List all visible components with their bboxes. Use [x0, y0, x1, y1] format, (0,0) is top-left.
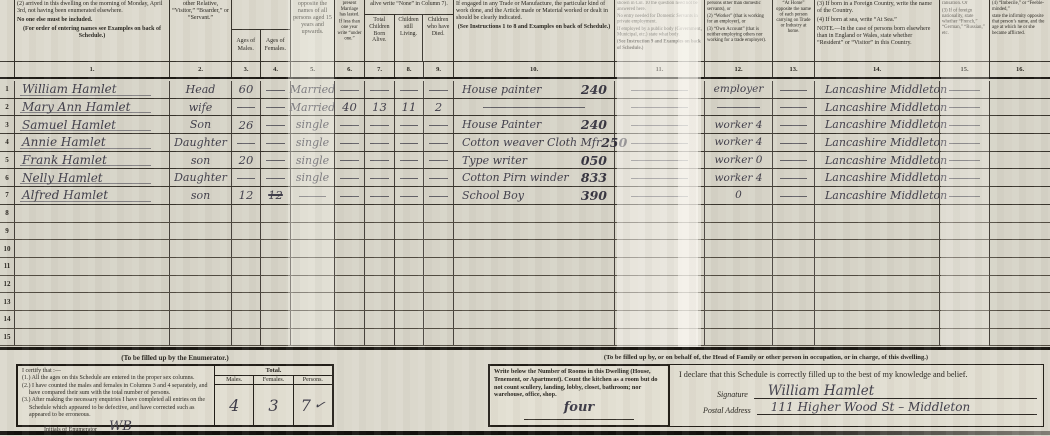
occupation-text: Cotton Pirn winder [462, 171, 569, 184]
totals-males-column: Males. 4 [215, 376, 254, 425]
cell-children-living [395, 311, 424, 328]
cell-occupation: Cotton Pirn winder 833 [454, 169, 615, 186]
cell-occupation [454, 240, 615, 257]
cell-children-died [424, 293, 454, 310]
column-header-name: (2) arrived in this dwelling on the morn… [15, 0, 170, 61]
cell-employment-status: worker 4 [705, 116, 773, 133]
column-number: 6. [335, 62, 365, 77]
cell-infirmity [990, 240, 1050, 257]
cell-years-married [335, 311, 365, 328]
cell-name: Frank Hamlet [15, 152, 170, 169]
cell-at-home [773, 223, 815, 240]
cell-age-female-struck [261, 311, 291, 328]
certify-item: (3.) After making the necessary enquirie… [29, 397, 210, 419]
cell-industry [615, 81, 705, 98]
cell-nationality [940, 205, 990, 222]
row-number: 12 [0, 276, 15, 293]
cell-relationship [170, 223, 232, 240]
column-number: 15. [940, 62, 990, 77]
cell-name [15, 240, 170, 257]
cell-age-male [232, 134, 261, 151]
cell-employment-status [705, 258, 773, 275]
cell-children-born [365, 205, 395, 222]
cell-children-born [365, 258, 395, 275]
cell-at-home [773, 81, 815, 98]
cell-children-living [395, 116, 424, 133]
cell-years-married [335, 81, 365, 98]
cell-children-born [365, 116, 395, 133]
cell-industry [615, 329, 705, 346]
table-row: 13 [0, 293, 1050, 311]
signature-row: Signature William Hamlet [717, 385, 1037, 399]
cell-relationship [170, 258, 232, 275]
column-header-ages-females: Ages of Females. [261, 30, 290, 61]
cell-occupation: School Boy 390 [454, 187, 615, 204]
females-label: Females. [254, 376, 292, 385]
cell-age-female-struck [261, 240, 291, 257]
cell-age-female-struck: 12 [261, 187, 291, 204]
cell-infirmity [990, 329, 1050, 346]
cell-children-living [395, 276, 424, 293]
rooms-count: four [524, 400, 634, 420]
cell-age-male: 60 [232, 81, 261, 98]
row-number: 6 [0, 169, 15, 186]
cell-age-female-struck [261, 205, 291, 222]
totals-header: Total. [215, 366, 332, 376]
cell-age-male [232, 293, 261, 310]
cell-marriage: Married [291, 81, 335, 98]
cell-birthplace [815, 240, 940, 257]
children-group-header: alive write “None” in Column 7). [365, 0, 453, 15]
occupation-text: House painter [462, 83, 541, 96]
cell-employment-status [705, 276, 773, 293]
cell-children-living [395, 329, 424, 346]
table-row: 8 [0, 205, 1050, 223]
column-number: 5. [291, 62, 335, 77]
signature-label: Signature [717, 390, 748, 399]
row-number: 15 [0, 329, 15, 346]
cell-birthplace [815, 293, 940, 310]
check-flourish: ✓ [313, 397, 327, 414]
cell-children-living [395, 81, 424, 98]
males-total: 4 [215, 385, 253, 425]
cell-children-born [365, 311, 395, 328]
rooms-box: Write below the Number of Rooms in this … [488, 364, 670, 427]
column-header-ages: Ages of Males. Ages of Females. [232, 0, 291, 61]
cell-name [15, 223, 170, 240]
cell-years-married [335, 276, 365, 293]
cell-age-female-struck [261, 116, 291, 133]
occupation-code: 390 [581, 188, 607, 203]
cell-birthplace: Lancashire Middleton [815, 81, 940, 98]
cell-at-home [773, 205, 815, 222]
cell-employment-status [705, 205, 773, 222]
cell-infirmity [990, 116, 1050, 133]
declaration-text: I declare that this Schedule is correctl… [679, 370, 1037, 379]
persons-total: 7 ✓ [294, 385, 332, 425]
certify-item: (2.) I have counted the males and female… [29, 383, 210, 398]
cell-age-female-struck [261, 169, 291, 186]
cell-industry [615, 311, 705, 328]
cell-years-married [335, 152, 365, 169]
column-header-employment-status: persons other than domestic servants), o… [705, 0, 773, 61]
cell-age-male [232, 169, 261, 186]
occupation-code: 833 [581, 170, 607, 185]
table-row: 2 Mary Ann Hamlet wife Married 40 13 11 … [0, 99, 1050, 117]
cell-children-died [424, 223, 454, 240]
cell-age-male [232, 223, 261, 240]
cell-industry [615, 187, 705, 204]
cell-children-died: 2 [424, 99, 454, 116]
cell-occupation: House Painter 240 [454, 116, 615, 133]
cell-nationality [940, 187, 990, 204]
cell-marriage: single [291, 116, 335, 133]
cell-occupation [454, 311, 615, 328]
cell-children-born [365, 134, 395, 151]
cell-employment-status: worker 4 [705, 134, 773, 151]
column-header-years-married: present Marriage has lasted. If less tha… [335, 0, 365, 61]
col1-instruction: (2) arrived in this dwelling on the morn… [17, 1, 167, 15]
cell-infirmity [990, 205, 1050, 222]
cell-occupation [454, 223, 615, 240]
cell-age-male: 20 [232, 152, 261, 169]
cell-relationship [170, 276, 232, 293]
cell-years-married [335, 187, 365, 204]
cell-birthplace [815, 205, 940, 222]
cell-children-living: 11 [395, 99, 424, 116]
cell-children-died [424, 205, 454, 222]
cell-occupation: House painter 240 [454, 81, 615, 98]
cell-name: Mary Ann Hamlet [15, 99, 170, 116]
cell-marriage [291, 293, 335, 310]
cell-birthplace [815, 311, 940, 328]
cell-relationship: Daughter [170, 169, 232, 186]
cell-occupation [454, 258, 615, 275]
cell-birthplace: Lancashire Middleton [815, 169, 940, 186]
cell-nationality [940, 258, 990, 275]
cell-age-female-struck [261, 134, 291, 151]
cell-years-married [335, 169, 365, 186]
row-number: 11 [0, 258, 15, 275]
column-number: 16. [990, 62, 1050, 77]
row-number: 10 [0, 240, 15, 257]
cell-infirmity [990, 293, 1050, 310]
cell-nationality [940, 169, 990, 186]
household-box: Write below the Number of Rooms in this … [488, 364, 1044, 427]
cell-children-died [424, 134, 454, 151]
cell-age-male [232, 99, 261, 116]
cell-employment-status: worker 0 [705, 152, 773, 169]
cell-marriage [291, 329, 335, 346]
cell-age-female-struck [261, 293, 291, 310]
column-header-at-home: “At Home” opposite the name of each pers… [773, 0, 815, 61]
cell-relationship: son [170, 152, 232, 169]
cell-birthplace [815, 223, 940, 240]
row-number: 7 [0, 187, 15, 204]
table-row: 3 Samuel Hamlet Son 26 single House Pain… [0, 116, 1050, 134]
cell-age-male [232, 205, 261, 222]
cell-nationality [940, 329, 990, 346]
cell-age-female-struck [261, 329, 291, 346]
cell-employment-status [705, 311, 773, 328]
cell-at-home [773, 258, 815, 275]
cell-children-living [395, 152, 424, 169]
household-box-title: (To be filled up by, or on behalf of, th… [488, 354, 1044, 361]
cell-children-born [365, 169, 395, 186]
cell-employment-status: worker 4 [705, 169, 773, 186]
cell-industry [615, 152, 705, 169]
cell-infirmity [990, 276, 1050, 293]
cell-industry [615, 205, 705, 222]
cell-birthplace: Lancashire Middleton [815, 116, 940, 133]
table-row: 1 William Hamlet Head 60 Married House p… [0, 81, 1050, 99]
table-row: 4 Annie Hamlet Daughter single Cotton we… [0, 134, 1050, 152]
cell-employment-status [705, 223, 773, 240]
cell-children-living [395, 169, 424, 186]
column-header-marriage: opposite the names of all persons aged 1… [291, 0, 335, 61]
column-number: 4. [261, 62, 291, 77]
cell-relationship: son [170, 187, 232, 204]
cell-years-married [335, 329, 365, 346]
cell-at-home [773, 134, 815, 151]
column-header-children: alive write “None” in Column 7). Total C… [365, 0, 454, 61]
enumerator-box: I certify that :— (1.) All the ages on t… [16, 364, 334, 427]
cell-years-married [335, 223, 365, 240]
cell-infirmity [990, 99, 1050, 116]
cell-infirmity [990, 152, 1050, 169]
table-row: 10 [0, 240, 1050, 258]
cell-children-born [365, 152, 395, 169]
signature-value: William Hamlet [768, 383, 874, 399]
cell-industry [615, 99, 705, 116]
cell-years-married [335, 258, 365, 275]
cell-children-living [395, 134, 424, 151]
cell-years-married [335, 205, 365, 222]
cell-occupation [454, 276, 615, 293]
scan-edge-rule [0, 431, 1050, 435]
cell-nationality [940, 240, 990, 257]
cell-industry [615, 258, 705, 275]
cell-infirmity [990, 187, 1050, 204]
cell-marriage [291, 258, 335, 275]
cell-age-male [232, 276, 261, 293]
occupation-text: School Boy [462, 189, 524, 202]
cell-nationality [940, 81, 990, 98]
cell-industry [615, 134, 705, 151]
occupation-code: 050 [581, 153, 607, 168]
postal-address-row: Postal Address 111 Higher Wood St – Midd… [703, 402, 1037, 415]
totals-females-column: Females. 3 [254, 376, 293, 425]
column-header-ages-males: Ages of Males. [232, 30, 261, 61]
cell-children-born: 13 [365, 99, 395, 116]
occupation-text: Cotton weaver Cloth Mfr [462, 136, 601, 149]
occupation-code: 240 [581, 117, 607, 132]
cell-age-male: 12 [232, 187, 261, 204]
cell-children-died [424, 329, 454, 346]
table-row: 6 Nelly Hamlet Daughter single Cotton Pi… [0, 169, 1050, 187]
cell-children-living [395, 240, 424, 257]
cell-nationality [940, 223, 990, 240]
cell-relationship [170, 311, 232, 328]
column-header-industry: shown in Col. 10 the question need not b… [615, 0, 705, 61]
row-number: 5 [0, 152, 15, 169]
cell-marriage [291, 187, 335, 204]
cell-years-married: 40 [335, 99, 365, 116]
row-number: 9 [0, 223, 15, 240]
cell-industry [615, 116, 705, 133]
cell-name: Nelly Hamlet [15, 169, 170, 186]
cell-at-home [773, 329, 815, 346]
cell-at-home [773, 187, 815, 204]
cell-years-married [335, 240, 365, 257]
cell-age-male [232, 240, 261, 257]
cell-at-home [773, 240, 815, 257]
cell-birthplace: Lancashire Middleton [815, 152, 940, 169]
cell-at-home [773, 293, 815, 310]
cell-children-born [365, 187, 395, 204]
postal-address-label: Postal Address [703, 406, 751, 415]
cell-marriage [291, 240, 335, 257]
cell-children-born [365, 81, 395, 98]
row-number: 8 [0, 205, 15, 222]
cell-marriage [291, 205, 335, 222]
cell-infirmity [990, 258, 1050, 275]
cell-children-born [365, 240, 395, 257]
col1-instruction: (For order of entering names see Example… [17, 26, 167, 40]
cell-children-died [424, 152, 454, 169]
cell-industry [615, 240, 705, 257]
cell-name [15, 258, 170, 275]
cell-employment-status [705, 329, 773, 346]
row-number: 1 [0, 81, 15, 98]
cell-marriage: single [291, 169, 335, 186]
cell-marriage [291, 311, 335, 328]
cell-marriage: Married [291, 99, 335, 116]
declaration-box: I declare that this Schedule is correctl… [669, 365, 1043, 426]
cell-birthplace: Lancashire Middleton [815, 134, 940, 151]
cell-employment-status [705, 99, 773, 116]
cell-nationality [940, 116, 990, 133]
cell-birthplace [815, 329, 940, 346]
cell-employment-status: 0 [705, 187, 773, 204]
cell-infirmity [990, 81, 1050, 98]
table-row: 11 [0, 258, 1050, 276]
cell-marriage [291, 223, 335, 240]
column-number: 1. [15, 62, 170, 77]
table-row: 15 [0, 329, 1050, 347]
cell-marriage [291, 276, 335, 293]
row-number-column-header [0, 0, 15, 61]
cell-children-died [424, 169, 454, 186]
cell-occupation [454, 99, 615, 116]
cell-infirmity [990, 169, 1050, 186]
column-number: 12. [705, 62, 773, 77]
cell-occupation [454, 293, 615, 310]
cell-children-died [424, 187, 454, 204]
cell-relationship: Son [170, 116, 232, 133]
postal-address-value: 111 Higher Wood St – Middleton [771, 400, 970, 414]
table-row: 9 [0, 223, 1050, 241]
cell-relationship: Daughter [170, 134, 232, 151]
cell-nationality [940, 99, 990, 116]
cell-children-died [424, 311, 454, 328]
column-header-children-born: Total Children Born Alive. [365, 15, 395, 61]
cell-name: Alfred Hamlet [15, 187, 170, 204]
cell-nationality [940, 293, 990, 310]
cell-years-married [335, 293, 365, 310]
column-number: 9. [424, 62, 454, 77]
cell-at-home [773, 99, 815, 116]
column-number [0, 62, 15, 77]
row-number: 13 [0, 293, 15, 310]
cell-name: William Hamlet [15, 81, 170, 98]
cell-relationship [170, 240, 232, 257]
occupation-text: Type writer [462, 154, 527, 167]
occupation-text: House Painter [462, 118, 541, 131]
cell-age-male [232, 258, 261, 275]
cell-children-died [424, 276, 454, 293]
cell-employment-status: employer [705, 81, 773, 98]
cell-years-married [335, 134, 365, 151]
females-total: 3 [254, 385, 292, 425]
cell-occupation: Cotton weaver Cloth Mfr 250 [454, 134, 615, 151]
persons-label: Persons. [294, 376, 332, 385]
cell-name [15, 293, 170, 310]
cell-name [15, 205, 170, 222]
column-header-relationship: other Relative, “Visitor,” “Boarder,” or… [170, 0, 232, 61]
column-header-children-died: Children who have Died. [423, 15, 453, 61]
cell-industry [615, 276, 705, 293]
cell-infirmity [990, 134, 1050, 151]
schedule-body: 1 William Hamlet Head 60 Married House p… [0, 81, 1050, 346]
cell-name [15, 311, 170, 328]
cell-at-home [773, 276, 815, 293]
cell-age-male: 26 [232, 116, 261, 133]
cell-children-living [395, 258, 424, 275]
cell-children-living [395, 223, 424, 240]
cell-age-female-struck [261, 99, 291, 116]
males-label: Males. [215, 376, 253, 385]
cell-relationship [170, 205, 232, 222]
rooms-instruction: Write below the Number of Rooms in this … [494, 368, 664, 399]
enumerator-certification: I certify that :— (1.) All the ages on t… [18, 366, 214, 425]
cell-occupation [454, 329, 615, 346]
cell-occupation [454, 205, 615, 222]
cell-children-died [424, 240, 454, 257]
cell-nationality [940, 152, 990, 169]
cell-children-died [424, 116, 454, 133]
occupation-code: 240 [581, 82, 607, 97]
cell-occupation: Type writer 050 [454, 152, 615, 169]
column-number: 14. [815, 62, 940, 77]
cell-age-female-struck [261, 276, 291, 293]
cell-name: Samuel Hamlet [15, 116, 170, 133]
cell-marriage: single [291, 152, 335, 169]
cell-name [15, 276, 170, 293]
cell-years-married [335, 116, 365, 133]
cell-age-male [232, 329, 261, 346]
cell-children-died [424, 258, 454, 275]
cell-relationship [170, 293, 232, 310]
cell-children-living [395, 187, 424, 204]
cell-age-female-struck [261, 223, 291, 240]
cell-birthplace: Lancashire Middleton [815, 99, 940, 116]
table-row: 5 Frank Hamlet son 20 single Type writer… [0, 152, 1050, 170]
cell-children-born [365, 329, 395, 346]
cell-nationality [940, 276, 990, 293]
cell-at-home [773, 169, 815, 186]
cell-at-home [773, 116, 815, 133]
